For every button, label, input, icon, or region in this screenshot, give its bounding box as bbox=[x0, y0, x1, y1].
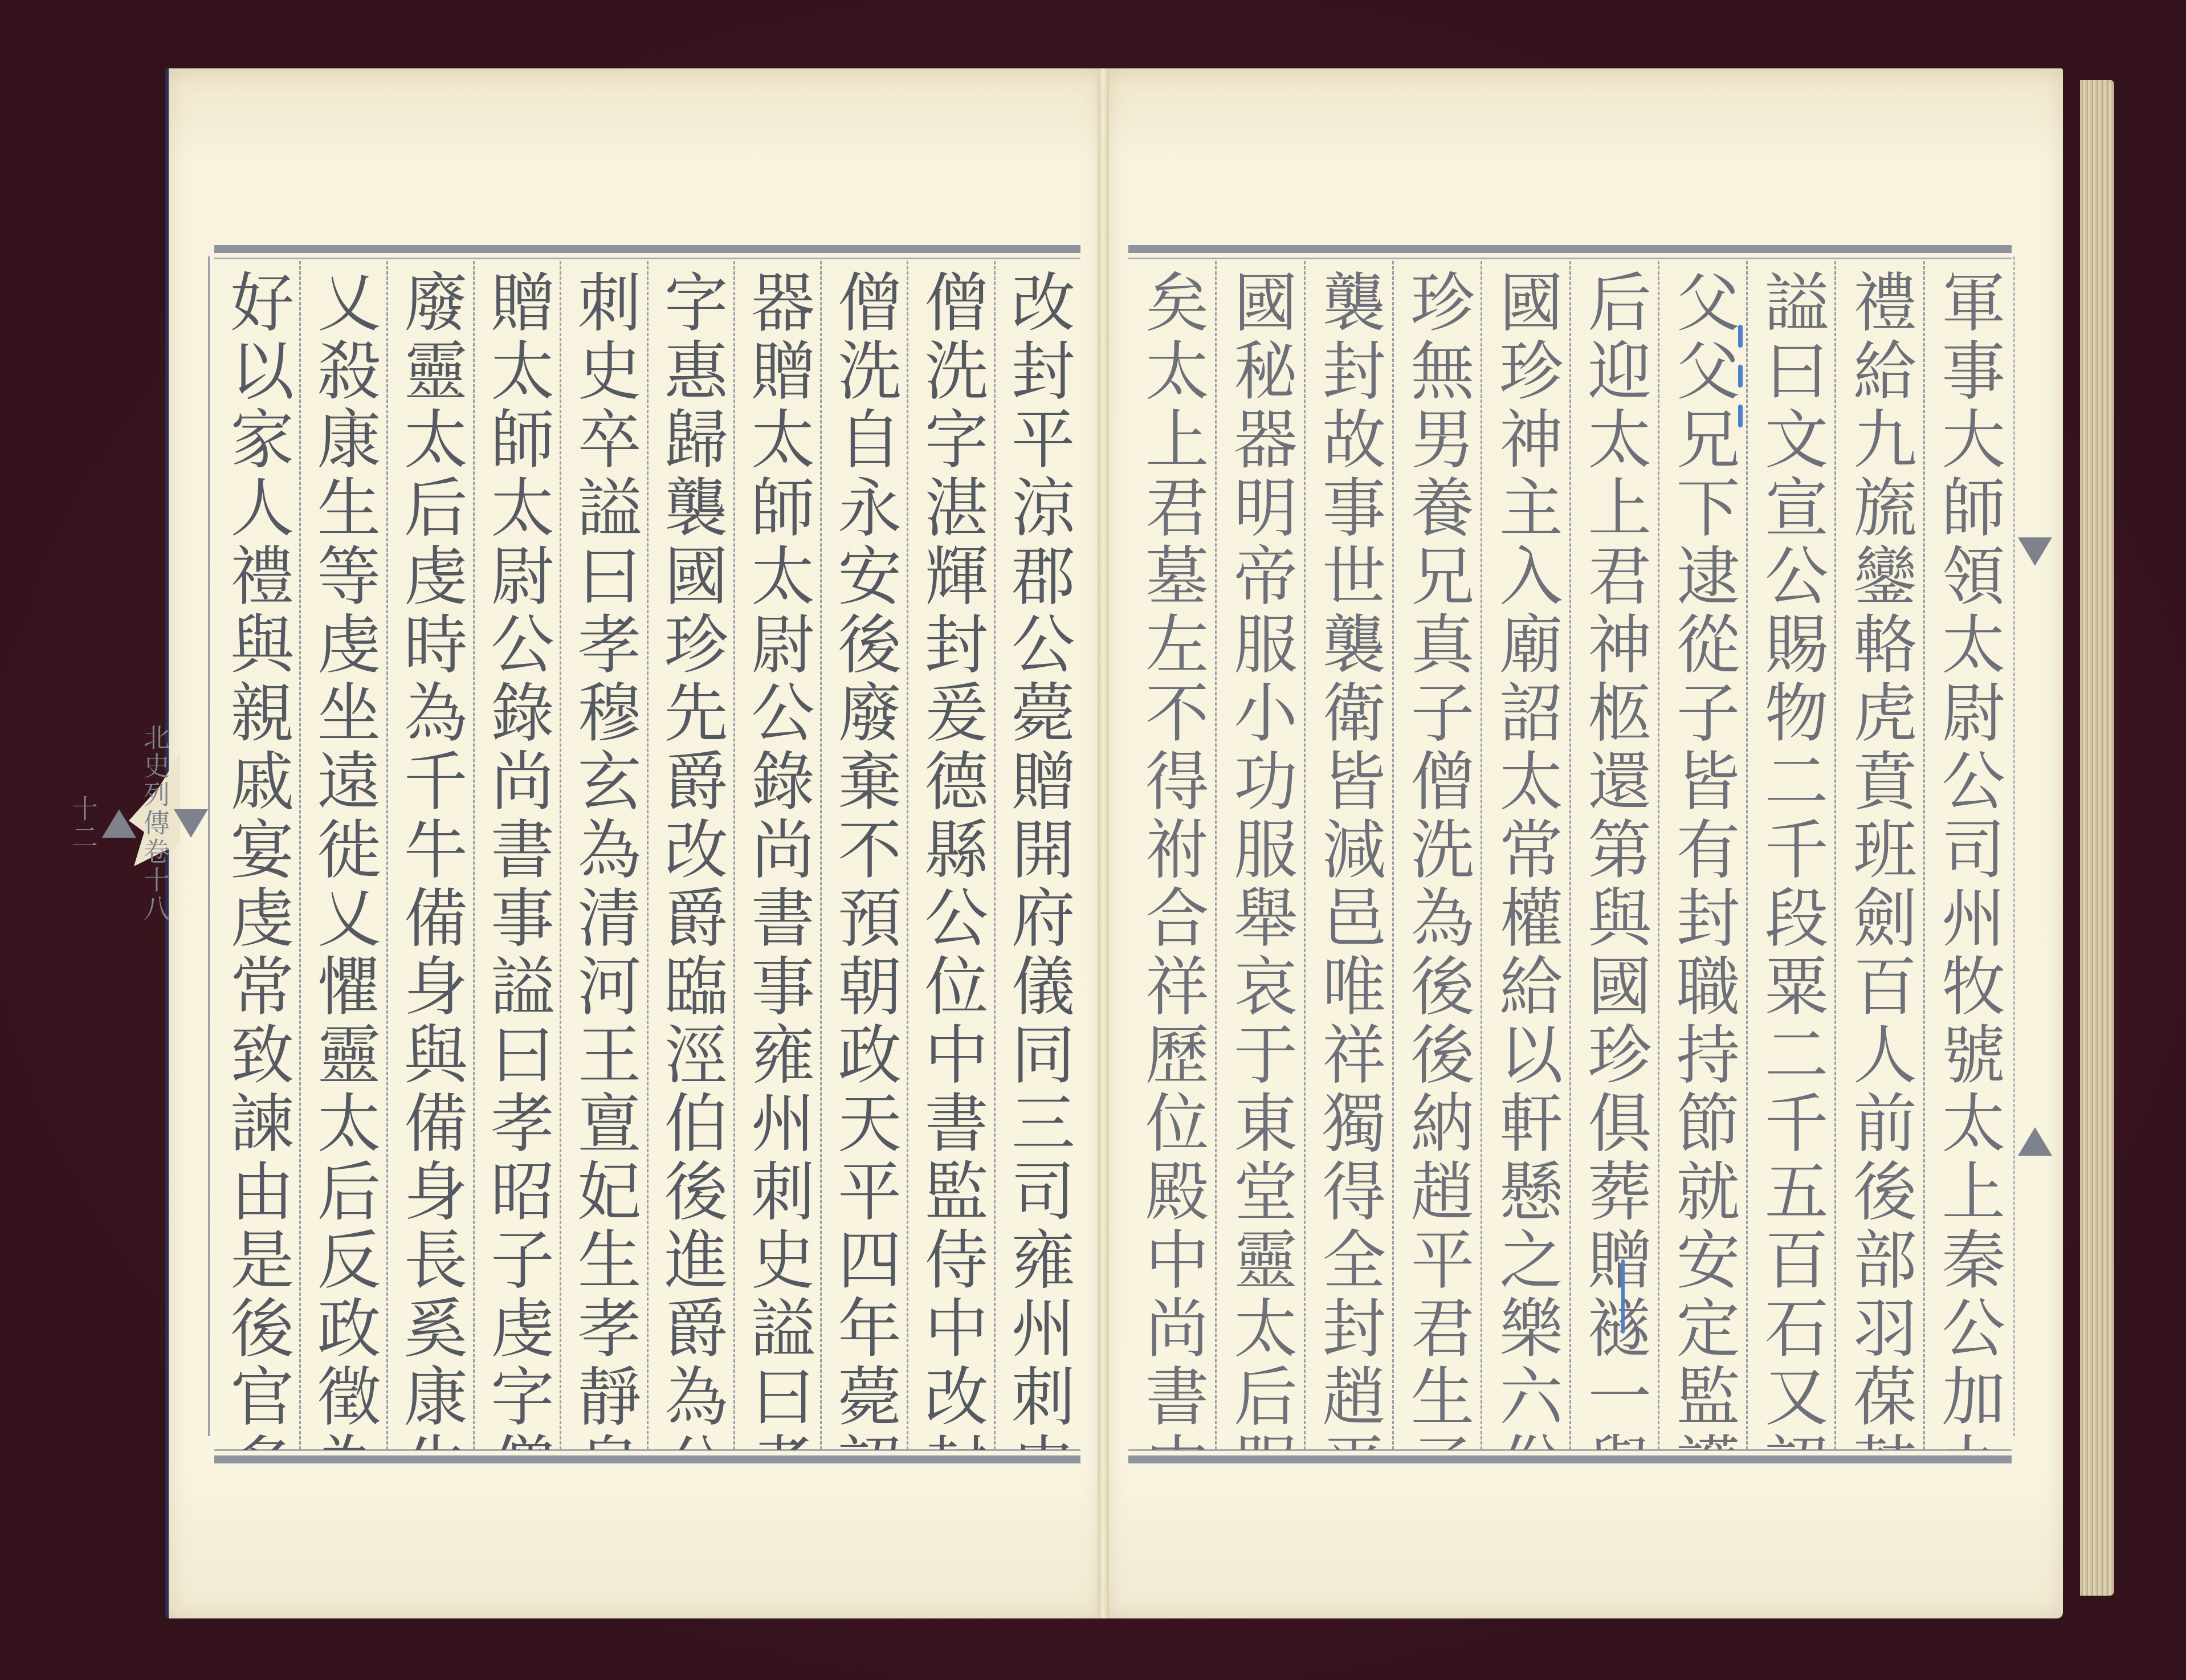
book-fore-edge bbox=[2080, 80, 2114, 1596]
text-column: 禮給九旒鑾輅虎賁班劍百人前後部羽葆鼓吹轀輬車 bbox=[1834, 261, 1923, 1450]
right-page: 軍事大師領太尉公司州牧號太上秦公加九錫葬以殊 禮給九旒鑾輅虎賁班劍百人前後部羽葆… bbox=[1106, 68, 2063, 1618]
text-column: 廢靈太后虔時為千牛備身與備身長奚康生等謀乂事發 bbox=[386, 261, 473, 1450]
text-columns-left: 改封平涼郡公薨贈開府儀同三司雍州刺史謚曰孝景 僧洗字湛輝封爰德縣公位中書監侍中改… bbox=[214, 261, 1080, 1450]
text-frame-right: 軍事大師領太尉公司州牧號太上秦公加九錫葬以殊 禮給九旒鑾輅虎賁班劍百人前後部羽葆… bbox=[1128, 245, 2012, 1463]
fishtail-bottom-icon bbox=[102, 809, 136, 838]
text-frame-left: 改封平涼郡公薨贈開府儀同三司雍州刺史謚曰孝景 僧洗字湛輝封爰德縣公位中書監侍中改… bbox=[214, 245, 1080, 1463]
text-column: 謚曰文宣公賜物二千段粟二千五百石又詔贈國珍祖 bbox=[1746, 261, 1834, 1450]
text-column: 后迎太上君神柩還第與國珍俱葬贈襚一與國珍同及 bbox=[1569, 261, 1658, 1450]
text-column: 僧洗自永安後廢棄不預朝政天平四年薨詔給東園秘 bbox=[820, 261, 907, 1450]
book-gutter bbox=[1098, 68, 1109, 1618]
block-heart-margin: 北史列傳卷十八 十二 bbox=[176, 256, 210, 1436]
text-column: 乂殺康生等虔坐遠徙乂懼靈太后反政徵為吏部郎中太后 bbox=[299, 261, 386, 1450]
block-heart-title: 北史列傳卷十八 bbox=[136, 724, 174, 923]
blue-annotation-mark bbox=[1738, 325, 1743, 348]
block-heart-margin-right bbox=[2013, 256, 2055, 1436]
text-column: 襲封故事世襲衛皆減邑唯祥獨得全封趙平君薨給以 bbox=[1304, 261, 1392, 1450]
text-column: 矣太上君墓左不得祔合祥歷位殿中尚書中書監侍中 bbox=[1128, 261, 1215, 1450]
blue-annotation-line bbox=[1621, 1259, 1625, 1334]
text-column: 好以家人禮與親戚宴虔常致諫由是後官多不預 bbox=[214, 261, 299, 1450]
text-column: 僧洗字湛輝封爰德縣公位中書監侍中改封濮陽郡公 bbox=[907, 261, 993, 1450]
text-column: 器贈太師太尉公錄尚書事雍州刺史謚曰孝貞長子寧 bbox=[733, 261, 820, 1450]
text-column: 國珍神主入廟詔太常權給以軒懸之樂六佾之舞初國 bbox=[1481, 261, 1569, 1450]
text-column: 改封平涼郡公薨贈開府儀同三司雍州刺史謚曰孝景 bbox=[994, 261, 1080, 1450]
blue-annotation-mark bbox=[1738, 405, 1743, 427]
left-page: 北史列傳卷十八 十二 改封平涼郡公薨贈開府儀同三司雍州刺史謚曰孝景 僧洗字湛輝封… bbox=[165, 68, 1103, 1618]
text-column: 珍無男養兄真子僧洗為後後納趙平君生子祥字元吉 bbox=[1392, 261, 1481, 1450]
text-column: 父父兄下逮從子皆有封職持節就安定監護喪事靈太 bbox=[1658, 261, 1746, 1450]
open-book: 北史列傳卷十八 十二 改封平涼郡公薨贈開府儀同三司雍州刺史謚曰孝景 僧洗字湛輝封… bbox=[165, 68, 2086, 1618]
text-column: 軍事大師領太尉公司州牧號太上秦公加九錫葬以殊 bbox=[1923, 261, 2012, 1450]
fishtail-top-icon bbox=[174, 809, 208, 838]
text-column: 贈太師太尉公錄尚書事謚曰孝昭子虔字僧敬元乂之 bbox=[473, 261, 560, 1450]
text-column: 字惠歸襲國珍先爵改爵臨涇伯後進爵為公歷岐涇二州 bbox=[647, 261, 733, 1450]
fishtail-top-icon bbox=[2018, 537, 2052, 566]
text-column: 國秘器明帝服小功服舉哀于東堂靈太后服齊衰朞雍 bbox=[1215, 261, 1303, 1450]
fishtail-bottom-icon bbox=[2018, 1127, 2052, 1156]
text-column: 刺史卒謚曰孝穆玄為清河王亶妃生孝靜皇帝武定初 bbox=[560, 261, 646, 1450]
block-heart-page-number: 十二 bbox=[64, 795, 102, 852]
text-columns-right: 軍事大師領太尉公司州牧號太上秦公加九錫葬以殊 禮給九旒鑾輅虎賁班劍百人前後部羽葆… bbox=[1128, 261, 2012, 1450]
blue-annotation-mark bbox=[1738, 365, 1743, 388]
